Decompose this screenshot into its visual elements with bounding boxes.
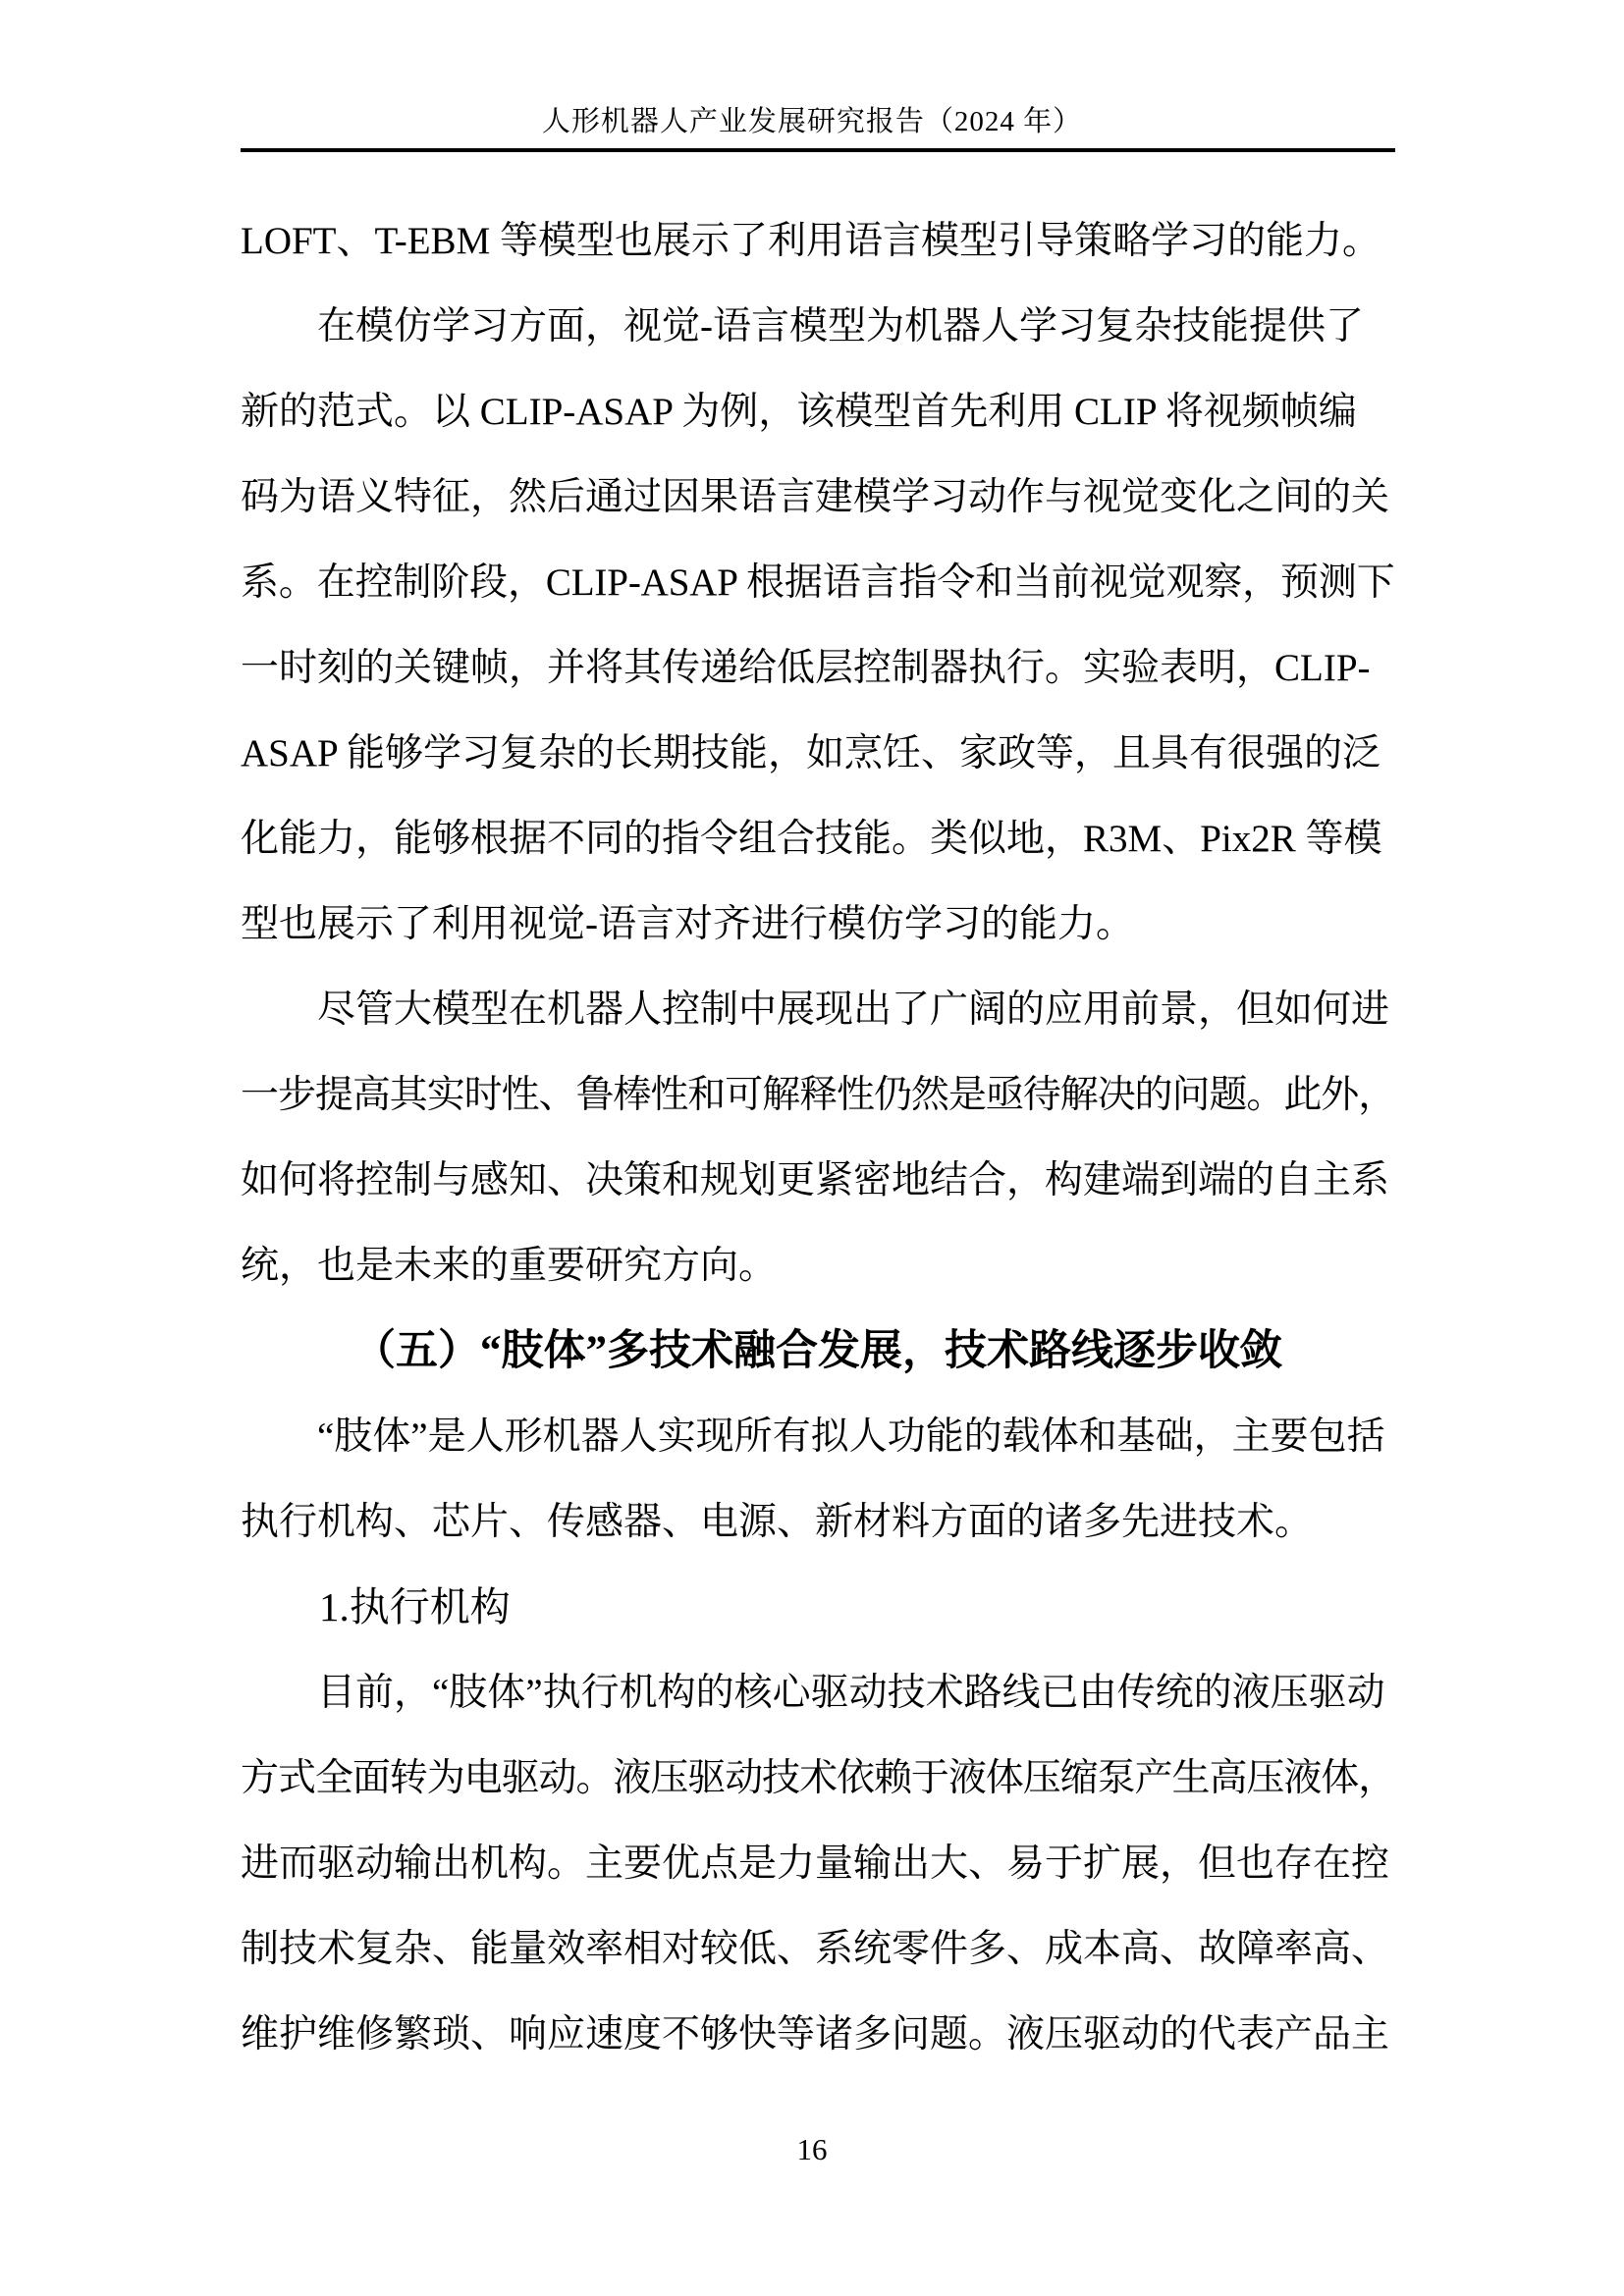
body-line: 统，也是未来的重要研究方向。 bbox=[241, 1223, 1395, 1308]
body-line: 如何将控制与感知、决策和规划更紧密地结合，构建端到端的自主系 bbox=[241, 1138, 1395, 1223]
document-page: 人形机器人产业发展研究报告（2024 年） LOFT、T-EBM 等模型也展示了… bbox=[0, 0, 1624, 2296]
body-line: 型也展示了利用视觉-语言对齐进行模仿学习的能力。 bbox=[241, 881, 1395, 967]
body-line: 系。在控制阶段，CLIP-ASAP 根据语言指令和当前视觉观察，预测下 bbox=[241, 540, 1395, 625]
body-line: 目前，“肢体”执行机构的核心驱动技术路线已由传统的液压驱动 bbox=[241, 1650, 1395, 1735]
body-line: ASAP 能够学习复杂的长期技能，如烹饪、家政等，且具有很强的泛 bbox=[241, 711, 1395, 796]
body-line: 新的范式。以 CLIP-ASAP 为例，该模型首先利用 CLIP 将视频帧编 bbox=[241, 369, 1395, 454]
body-line: 一时刻的关键帧，并将其传递给低层控制器执行。实验表明，CLIP- bbox=[241, 625, 1395, 711]
body-line: 维护维修繁琐、响应速度不够快等诸多问题。液压驱动的代表产品主 bbox=[241, 1992, 1395, 2077]
document-body: LOFT、T-EBM 等模型也展示了利用语言模型引导策略学习的能力。 在模仿学习… bbox=[241, 198, 1395, 2077]
body-line: LOFT、T-EBM 等模型也展示了利用语言模型引导策略学习的能力。 bbox=[241, 198, 1395, 284]
body-line: 尽管大模型在机器人控制中展现出了广阔的应用前景，但如何进 bbox=[241, 967, 1395, 1052]
body-line: 进而驱动输出机构。主要优点是力量输出大、易于扩展，但也存在控 bbox=[241, 1821, 1395, 1906]
body-line: 制技术复杂、能量效率相对较低、系统零件多、成本高、故障率高、 bbox=[241, 1906, 1395, 1992]
body-line: 化能力，能够根据不同的指令组合技能。类似地，R3M、Pix2R 等模 bbox=[241, 796, 1395, 881]
page-number: 16 bbox=[0, 2128, 1624, 2171]
body-line: 方式全面转为电驱动。液压驱动技术依赖于液体压缩泵产生高压液体， bbox=[241, 1735, 1395, 1821]
report-header-title: 人形机器人产业发展研究报告（2024 年） bbox=[0, 98, 1624, 145]
body-line: 一步提高其实时性、鲁棒性和可解释性仍然是亟待解决的问题。此外， bbox=[241, 1052, 1395, 1138]
body-line: “肢体”是人形机器人实现所有拟人功能的载体和基础，主要包括 bbox=[241, 1394, 1395, 1479]
body-line: 在模仿学习方面，视觉-语言模型为机器人学习复杂技能提供了 bbox=[241, 284, 1395, 369]
body-line: 执行机构、芯片、传感器、电源、新材料方面的诸多先进技术。 bbox=[241, 1479, 1395, 1565]
section-heading: （五）“肢体”多技术融合发展，技术路线逐步收敛 bbox=[241, 1308, 1395, 1394]
subsection-heading: 1.执行机构 bbox=[241, 1565, 1395, 1650]
header-rule bbox=[241, 148, 1395, 152]
body-line: 码为语义特征，然后通过因果语言建模学习动作与视觉变化之间的关 bbox=[241, 454, 1395, 540]
